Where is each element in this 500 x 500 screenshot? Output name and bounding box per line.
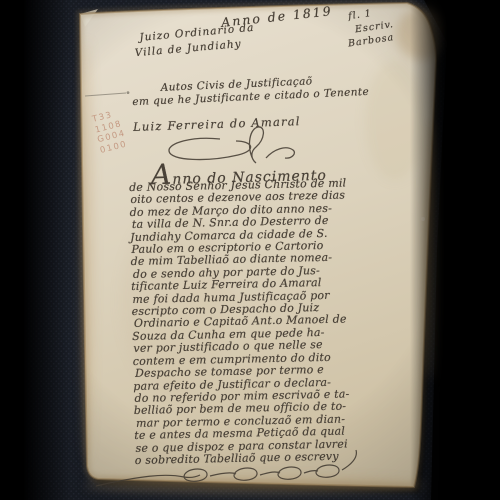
folio-annotation: fl. 1Escriv.Barbosa — [347, 4, 396, 50]
body-paragraph: de Nosso Senhor Jesus Christo de miloito… — [129, 177, 352, 467]
pencil-dot — [127, 91, 130, 94]
edge-speck — [421, 217, 425, 221]
stain — [365, 60, 425, 180]
manuscript-photograph: Anno de 1819 fl. 1Escriv.Barbosa Juizo O… — [0, 0, 500, 500]
